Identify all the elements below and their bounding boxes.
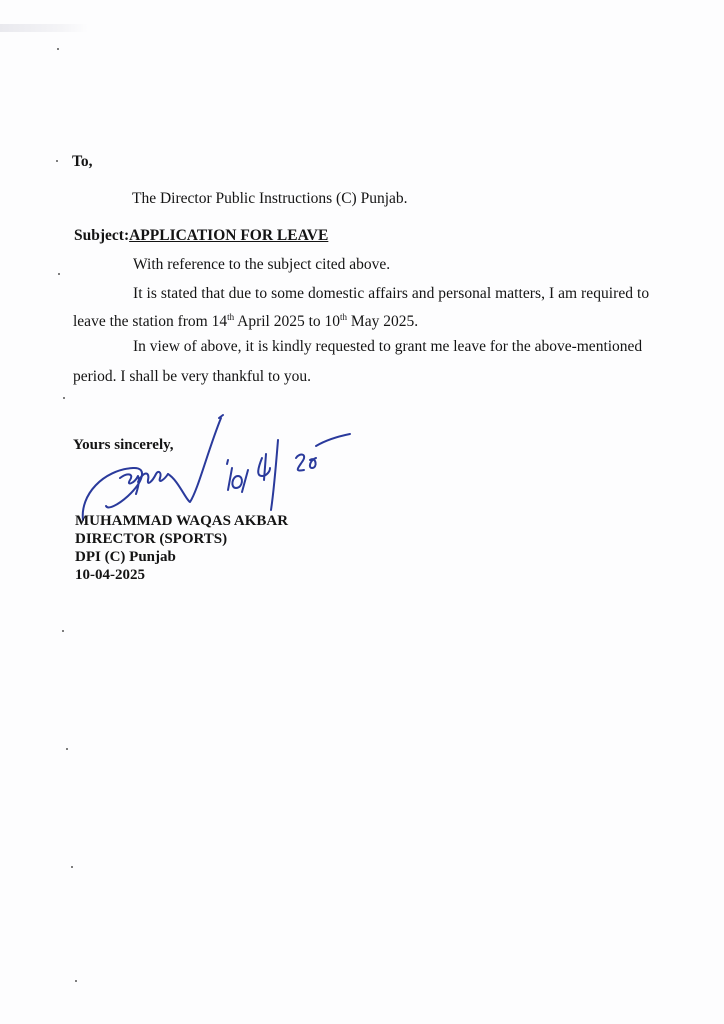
scan-speck (56, 160, 58, 162)
subject-line: Subject:APPLICATION FOR LEAVE (74, 227, 328, 245)
paragraph-closing-line-2: period. I shall be very thankful to you. (73, 368, 311, 386)
scan-speck (63, 397, 65, 399)
signatory-name: MUHAMMAD WAQAS AKBAR (75, 512, 288, 530)
scan-speck (62, 630, 64, 632)
signatory-designation: DIRECTOR (SPORTS) (75, 530, 288, 548)
paragraph-request-line-1: It is stated that due to some domestic a… (133, 285, 649, 303)
signatory-office: DPI (C) Punjab (75, 548, 288, 566)
subject-value: APPLICATION FOR LEAVE (129, 227, 328, 244)
letter-page: To, The Director Public Instructions (C)… (0, 0, 724, 1024)
leave-from-text: leave the station from 14 (73, 313, 227, 330)
paragraph-closing-line-1: In view of above, it is kindly requested… (133, 338, 642, 356)
scan-edge-shadow (0, 24, 88, 32)
addressee: The Director Public Instructions (C) Pun… (132, 190, 408, 208)
salutation: To, (72, 153, 93, 171)
leave-to-text: April 2025 to 10 (234, 313, 340, 330)
scan-speck (71, 866, 73, 868)
subject-label: Subject: (74, 227, 129, 244)
ordinal-suffix: th (340, 312, 347, 322)
leave-end-text: May 2025. (347, 313, 418, 330)
signatory-block: MUHAMMAD WAQAS AKBAR DIRECTOR (SPORTS) D… (75, 512, 288, 584)
scan-speck (66, 748, 68, 750)
signatory-date: 10-04-2025 (75, 566, 288, 584)
scan-speck (58, 273, 60, 275)
scan-speck (57, 48, 59, 50)
paragraph-reference: With reference to the subject cited abov… (133, 256, 390, 274)
handwritten-signature-icon (78, 410, 368, 525)
paragraph-request-line-2: leave the station from 14th April 2025 t… (73, 313, 418, 331)
scan-speck (75, 980, 77, 982)
